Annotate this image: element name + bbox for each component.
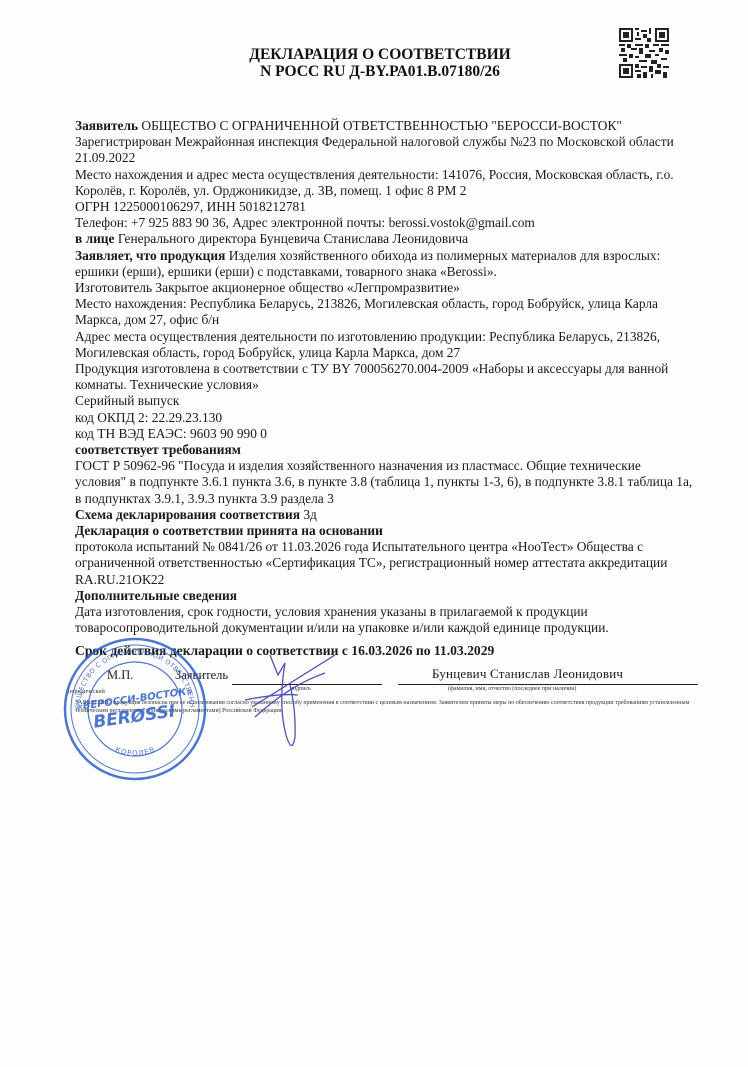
product-section: Заявляет, что продукция Изделия хозяйств… [75, 248, 695, 280]
declaration-body: Заявитель ОБЩЕСТВО С ОГРАНИЧЕННОЙ ОТВЕТС… [75, 118, 695, 637]
applicant-label: Заявитель [75, 118, 138, 133]
production-address: Адрес места осуществления деятельности п… [75, 329, 695, 361]
signature-icon [230, 655, 340, 765]
scheme-value: 3д [300, 507, 317, 522]
name-line [398, 684, 698, 685]
signer-name: Бунцевич Станислав Леонидович [432, 666, 623, 682]
represented-label: в лице [75, 231, 114, 246]
okpd-code: код ОКПД 2: 22.29.23.130 [75, 410, 695, 426]
applicant-ogrn-inn: ОГРН 1225000106297, ИНН 5018212781 [75, 199, 695, 215]
additional-text: Дата изготовления, срок годности, услови… [75, 604, 695, 636]
product-label: Заявляет, что продукция [75, 248, 225, 263]
qr-code-icon [619, 27, 669, 79]
svg-text:КОРОЛЕВ: КОРОЛЕВ [114, 746, 156, 758]
applicant-registration: Зарегистрирован Межрайонная инспекция Фе… [75, 134, 695, 166]
represented-by: Генерального директора Бунцевича Станисл… [114, 231, 468, 246]
product-standard: Продукция изготовлена в соответствии с Т… [75, 361, 695, 393]
declaration-number: N РОСС RU Д-BY.РА01.В.07180/26 [180, 63, 580, 80]
requirements-text: ГОСТ Р 50962-96 "Посуда и изделия хозяйс… [75, 458, 695, 507]
scheme-section: Схема декларирования соответствия 3д [75, 507, 695, 523]
manufacturer-location: Место нахождения: Республика Беларусь, 2… [75, 296, 695, 328]
applicant-name: ОБЩЕСТВО С ОГРАНИЧЕННОЙ ОТВЕТСТВЕННОСТЬЮ… [138, 118, 622, 133]
title-line-1: ДЕКЛАРАЦИЯ О СООТВЕТСТВИИ [180, 46, 580, 63]
applicant-address: Место нахождения и адрес места осуществл… [75, 167, 695, 199]
additional-label: Дополнительные сведения [75, 588, 695, 604]
document-title: ДЕКЛАРАЦИЯ О СООТВЕТСТВИИ N РОСС RU Д-BY… [180, 46, 580, 80]
applicant-section: Заявитель ОБЩЕСТВО С ОГРАНИЧЕННОЙ ОТВЕТС… [75, 118, 695, 134]
company-stamp-icon: ОБЩЕСТВО С ОГРАНИЧЕННОЙ ОТВЕТСТВЕННОСТЬЮ… [62, 636, 208, 782]
scheme-label: Схема декларирования соответствия [75, 507, 300, 522]
manufacturer: Изготовитель Закрытое акционерное общест… [75, 280, 695, 296]
tn-ved-code: код ТН ВЭД ЕАЭС: 9603 90 990 0 [75, 426, 695, 442]
representative: в лице Генерального директора Бунцевича … [75, 231, 695, 247]
declaration-page: ДЕКЛАРАЦИЯ О СООТВЕТСТВИИ N РОСС RU Д-BY… [0, 0, 748, 1067]
name-caption: (фамилия, имя, отчество (последнее при н… [448, 686, 576, 692]
basis-label: Декларация о соответствии принята на осн… [75, 523, 695, 539]
basis-text: протокола испытаний № 0841/26 от 11.03.2… [75, 539, 695, 588]
requirements-label: соответствует требованиям [75, 442, 695, 458]
release-type: Серийный выпуск [75, 393, 695, 409]
applicant-contacts: Телефон: +7 925 883 90 36, Адрес электро… [75, 215, 695, 231]
